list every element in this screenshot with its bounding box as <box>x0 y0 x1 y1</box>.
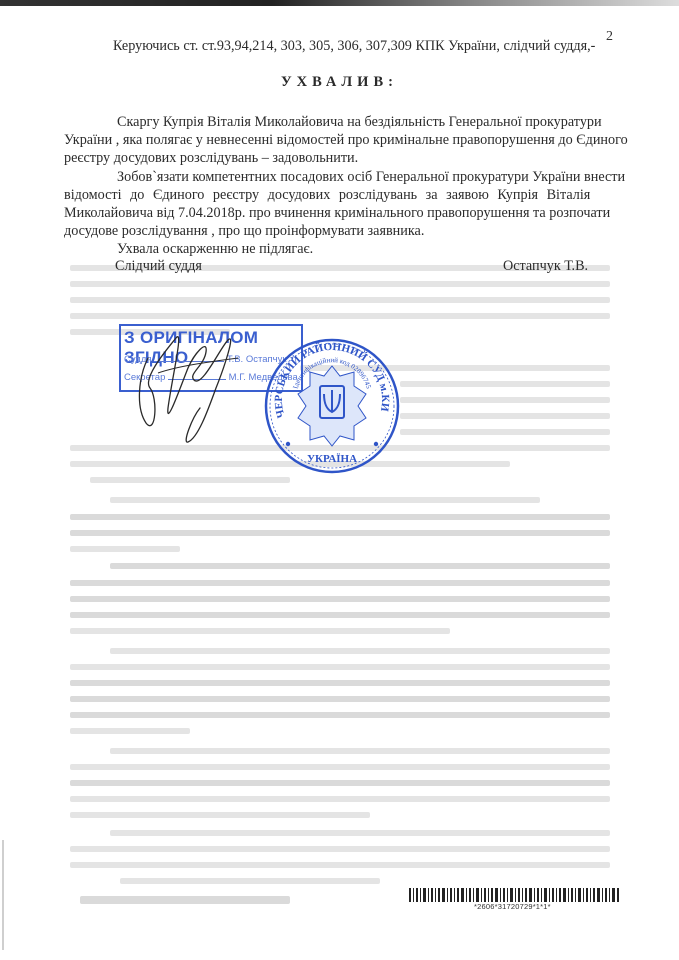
handwritten-signature-icon <box>128 318 258 448</box>
text-line: досудове розслідування , про що проінфор… <box>64 223 424 240</box>
barcode-number: *2606*31720729*1*1* <box>474 902 551 911</box>
scan-left-edge <box>2 840 4 950</box>
text-line: Зобов`язати компетентних посадових осіб … <box>117 169 625 186</box>
court-seal-icon: ПЕЧЕРСЬКИЙ РАЙОННИЙ СУД м.КИЄВА Ідентифі… <box>262 336 402 476</box>
svg-text:УКРАЇНА: УКРАЇНА <box>307 452 357 465</box>
barcode-icon <box>409 888 619 902</box>
judge-name: Остапчук Т.В. <box>503 258 588 275</box>
judge-role-label: Слідчий суддя <box>115 258 202 275</box>
scan-top-edge <box>0 0 679 6</box>
intro-line: Керуючись ст. ст.93,94,214, 303, 305, 30… <box>113 38 595 55</box>
text-line: відомості до Єдиного реєстру досудових р… <box>64 187 590 204</box>
text-line: Скаргу Купрія Віталія Миколайовича на бе… <box>117 114 602 131</box>
text-line: України , яка полягає у невнесенні відом… <box>64 132 628 149</box>
text-line: Миколайовича від 7.04.2018р. про вчиненн… <box>64 205 610 222</box>
text-line: Ухвала оскарженню не підлягає. <box>117 241 313 258</box>
text-line: реєстру досудових розслідувань – задовол… <box>64 150 358 167</box>
ruling-heading: УХВАЛИВ: <box>0 74 679 91</box>
page-number: 2 <box>606 29 613 45</box>
